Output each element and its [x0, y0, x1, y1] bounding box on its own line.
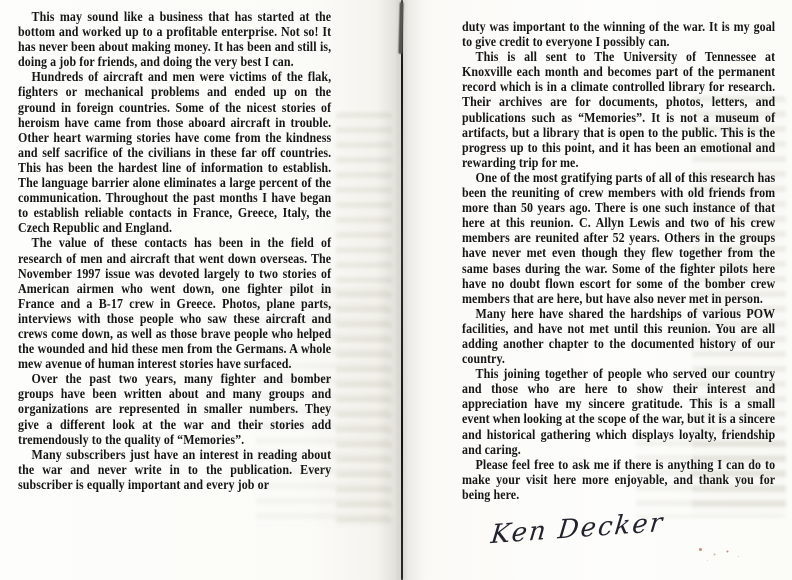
paragraph: Many subscribers just have an interest i… [18, 447, 331, 492]
paragraph: Hundreds of aircraft and men were victim… [18, 69, 331, 235]
paragraph: Many here have shared the hardships of v… [462, 306, 775, 366]
handwritten-signature: Ken Decker [489, 508, 665, 550]
ink-specks [699, 548, 702, 551]
book-spread: This may sound like a business that has … [0, 0, 792, 580]
paragraph: Over the past two years, many fighter an… [18, 371, 331, 446]
left-page: This may sound like a business that has … [0, 0, 396, 580]
paragraph: Please feel free to ask me if there is a… [462, 457, 775, 502]
left-page-text-column: This may sound like a business that has … [18, 9, 331, 492]
paragraph: The value of these contacts has been in … [18, 235, 331, 371]
paragraph: This is all sent to The University of Te… [462, 49, 775, 170]
right-page: duty was important to the winning of the… [396, 0, 792, 580]
right-page-text-column: duty was important to the winning of the… [462, 19, 775, 502]
paragraph: This may sound like a business that has … [18, 9, 331, 69]
paragraph: duty was important to the winning of the… [462, 19, 775, 49]
paragraph: This joining together of people who serv… [462, 366, 775, 457]
paragraph: One of the most gratifying parts of all … [462, 170, 775, 306]
binding-gutter-line [401, 0, 403, 580]
